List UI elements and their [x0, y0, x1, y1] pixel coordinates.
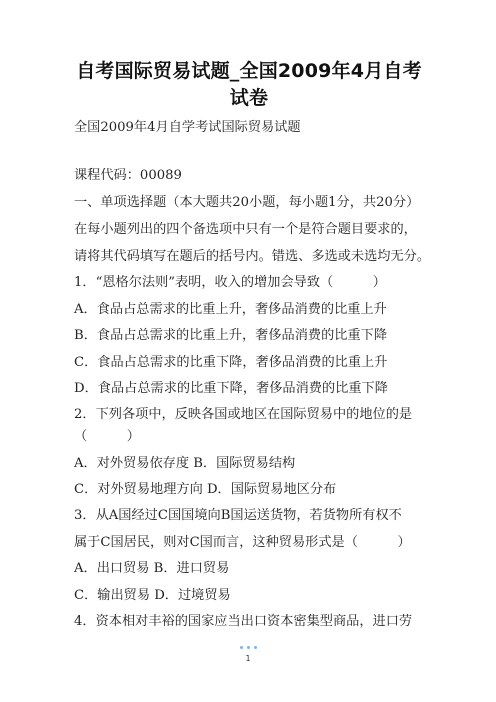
- page-number: 1: [0, 654, 496, 663]
- document-title: 自考国际贸易试题_全国2009年4月自考试卷: [74, 58, 424, 112]
- question-stem: 4．资本相对丰裕的国家应当出口资本密集型商品，进口劳: [74, 614, 412, 630]
- question-option: B．食品占总需求的比重上升，奢侈品消费的比重下降: [74, 328, 387, 344]
- question-option: A．食品占总需求的比重上升，奢侈品消费的比重上升: [74, 302, 387, 318]
- question-option: A．对外贸易依存度 B．国际贸易结构: [74, 456, 295, 472]
- document-page: 自考国际贸易试题_全国2009年4月自考试卷 全国2009年4月自学考试国际贸易…: [0, 0, 496, 702]
- question-stem: 1．“恩格尔法则”表明，收入的增加会导致（ ）: [74, 275, 386, 291]
- question-stem: 2．下列各项中，反映各国或地区在国际贸易中的地位的是: [74, 407, 412, 423]
- course-code: 课程代码：00089: [74, 168, 182, 184]
- question-stem: 3．从A国经过C国国境向B国运送货物，若货物所有权不: [74, 508, 402, 524]
- instruction-line: 在每小题列出的四个备选项中只有一个是符合题目要求的，: [74, 222, 417, 238]
- question-option: C．输出贸易 D．过境贸易: [74, 588, 231, 604]
- question-option: A．出口贸易 B．进口贸易: [74, 561, 229, 577]
- document-subtitle: 全国2009年4月自学考试国际贸易试题: [74, 120, 301, 136]
- question-option: D．食品占总需求的比重下降，奢侈品消费的比重下降: [74, 381, 388, 397]
- question-option: C．对外贸易地理方向 D．国际贸易地区分布: [74, 482, 336, 498]
- instruction-line: 请将其代码填写在题后的括号内。错选、多选或未选均无分。: [74, 249, 430, 265]
- section-heading: 一、单项选择题（本大题共20小题，每小题1分，共20分）: [74, 195, 419, 211]
- question-option: C．食品占总需求的比重下降，奢侈品消费的比重上升: [74, 355, 387, 371]
- page-dots-icon: [240, 646, 257, 649]
- page-footer: 1: [0, 634, 496, 663]
- question-stem: 属于C国居民，则对C国而言，这种贸易形式是（ ）: [74, 535, 411, 551]
- question-stem: （ ）: [74, 429, 140, 445]
